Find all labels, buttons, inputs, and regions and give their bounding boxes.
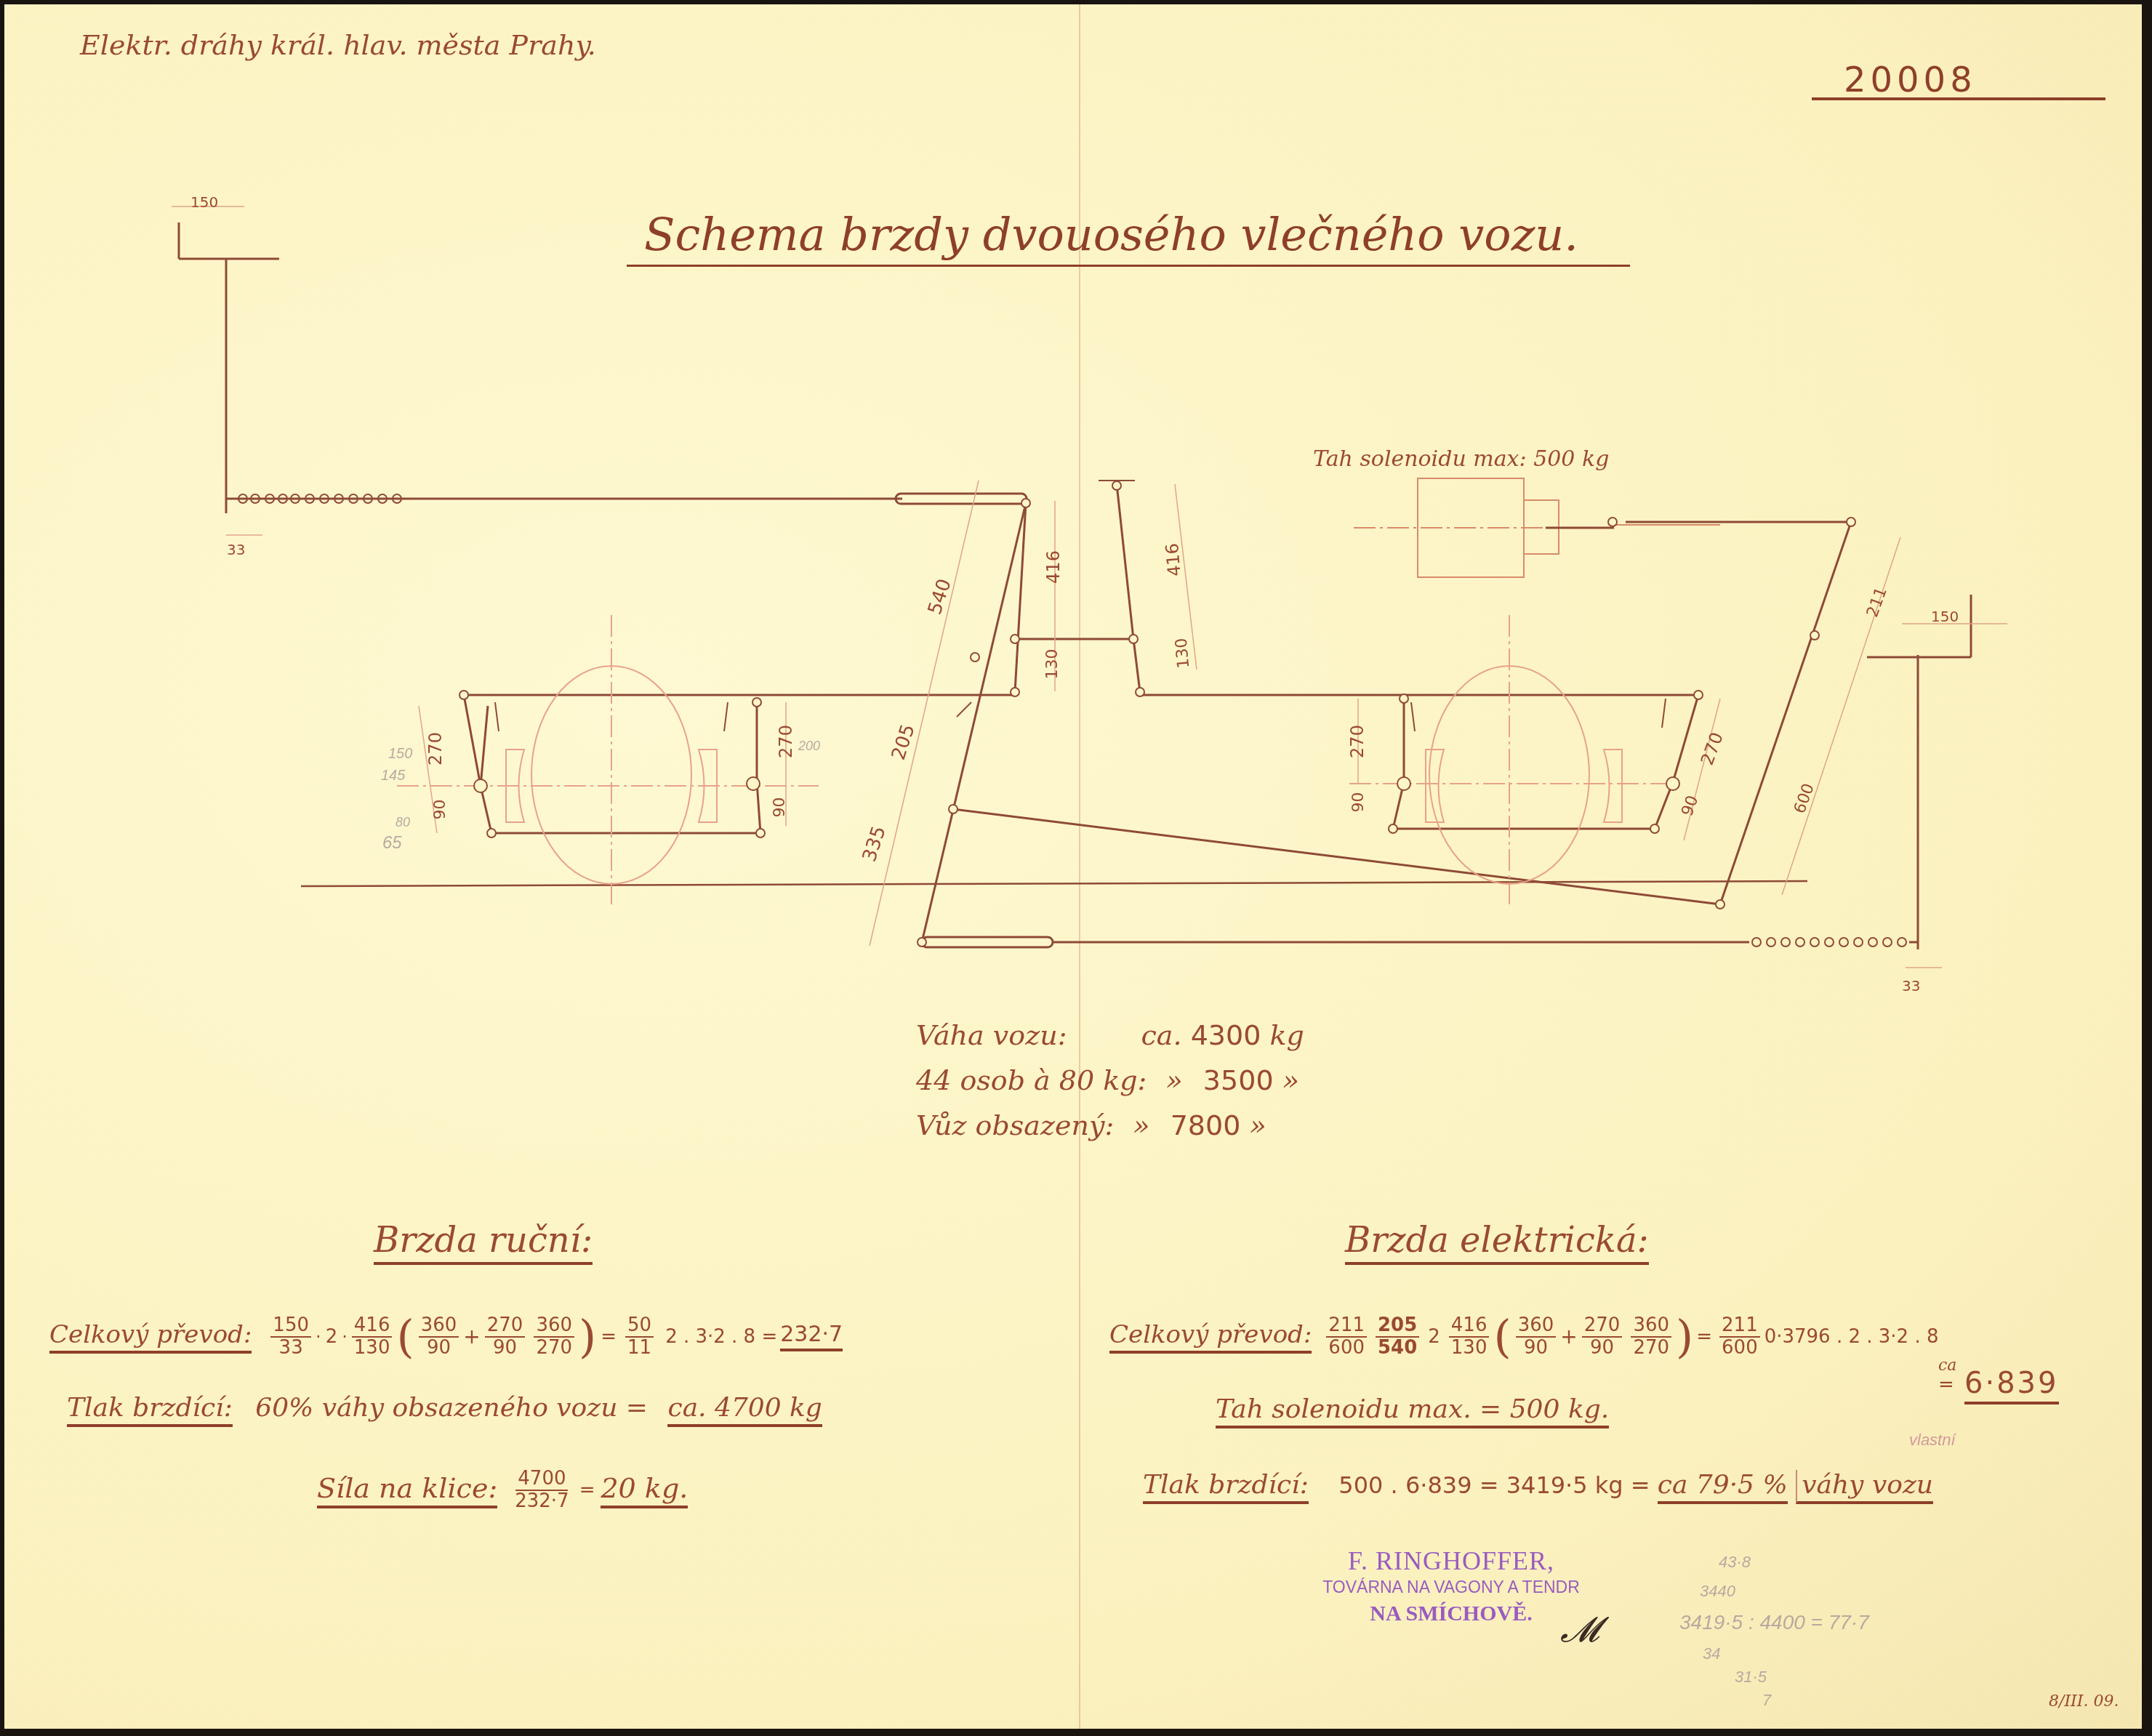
pencil-calc-d: 34 xyxy=(1703,1644,1720,1663)
pencil-calc-f: 7 xyxy=(1762,1691,1771,1710)
weight-sep: » xyxy=(1133,1109,1149,1141)
main-lever xyxy=(922,503,1026,942)
solenoid-label: Tah solenoidu max: 500 kg xyxy=(1313,446,1609,472)
factor: 2 xyxy=(1428,1326,1440,1348)
weight-unit: » xyxy=(1249,1109,1266,1141)
fraction: 36090 xyxy=(1516,1315,1557,1358)
fraction: 205540 xyxy=(1376,1315,1419,1358)
hand-brake-ratio-row: Celkový převod: 15033 · 2 · 416130 ( 360… xyxy=(49,1310,843,1363)
stamp-line-1: F. RINGHOFFER, xyxy=(1284,1546,1618,1576)
electric-pressure-label: Tlak brzdící: xyxy=(1143,1470,1309,1504)
signature: 𝓜 xyxy=(1560,1610,1599,1651)
hand-ratio-label: Celkový převod: xyxy=(49,1320,252,1354)
dim-lever-416-left: 416 xyxy=(1043,550,1064,584)
brake-linkage-diagram xyxy=(4,4,2142,1022)
hand-pressure-text: 60% váhy obsazeného vozu = xyxy=(255,1393,648,1423)
electric-brake-heading: Brzda elektrická: xyxy=(1345,1220,1649,1265)
weights-block: Váha vozu: ca. 4300 kg 44 osob à 80 kg: … xyxy=(916,1019,1304,1154)
weight-row: Váha vozu: ca. 4300 kg xyxy=(916,1019,1304,1064)
dim-lever-416-right: 416 xyxy=(1162,542,1185,577)
dim-left-chain-offset: 33 xyxy=(227,541,245,558)
weight-sep: » xyxy=(1166,1064,1183,1096)
hand-brake-force-row: Síla na klice: 4700232·7 = 20 kg. xyxy=(317,1468,688,1511)
dim-wheel2-left-270: 270 xyxy=(1347,725,1368,758)
drawing-date: 8/III. 09. xyxy=(2049,1692,2119,1711)
pencil-note-145: 145 xyxy=(381,768,405,784)
pencil-note-200: 200 xyxy=(798,739,820,754)
weight-unit: kg xyxy=(1270,1019,1304,1051)
hand-brake-heading: Brzda ruční: xyxy=(374,1220,593,1265)
fraction: 27090 xyxy=(1582,1315,1623,1358)
fraction: 211600 xyxy=(1719,1315,1760,1358)
fraction: 27090 xyxy=(485,1315,526,1358)
pencil-note-150: 150 xyxy=(388,746,412,763)
weight-sep: ca. xyxy=(1141,1019,1182,1051)
fraction: 416130 xyxy=(352,1315,393,1358)
dim-lever-130-right: 130 xyxy=(1173,637,1194,669)
electric-pressure-tail: váhy vozu xyxy=(1796,1470,1933,1504)
hand-force-value: 20 kg. xyxy=(601,1472,688,1508)
weight-label: Vůz obsazený: xyxy=(916,1109,1114,1141)
fraction: 360270 xyxy=(534,1315,574,1358)
dim-lever-130-left: 130 xyxy=(1043,649,1061,680)
electric-ratio-ca: ca xyxy=(1938,1357,1956,1375)
pencil-calc-e: 31·5 xyxy=(1735,1668,1767,1687)
hand-pressure-label: Tlak brzdící: xyxy=(67,1393,233,1427)
weight-value: 3500 xyxy=(1203,1064,1274,1096)
electric-brake-ratio-row: Celkový převod: 211600 205540 2 416130 (… xyxy=(1109,1310,1938,1363)
solenoid-lever xyxy=(1720,522,1851,904)
pencil-calc-c: 3419·5 : 4400 = 77·7 xyxy=(1679,1611,1869,1634)
electric-ratio-result: 6·839 xyxy=(1964,1367,2059,1405)
weight-value: 7800 xyxy=(1171,1109,1241,1141)
fraction: 5011 xyxy=(625,1315,654,1358)
pencil-insert: vlastní xyxy=(1909,1431,1956,1450)
electric-solenoid-row: Tah solenoidu max. = 500 kg. xyxy=(1216,1394,1609,1428)
dim-wheel1-right-270: 270 xyxy=(776,725,796,758)
stamp-line-2: TOVÁRNA NA VAGONY A TENDR xyxy=(1284,1578,1618,1597)
dim-wheel1-left-270: 270 xyxy=(425,732,446,765)
pencil-note-65: 65 xyxy=(382,833,402,853)
fixed-anchor-hatching xyxy=(495,481,1666,731)
fraction: 4700232·7 xyxy=(515,1468,569,1511)
weight-unit: » xyxy=(1282,1064,1299,1096)
pencil-calc-a: 43·8 xyxy=(1719,1553,1751,1572)
dim-right-chain-offset: 33 xyxy=(1902,977,1920,994)
weight-label: 44 osob à 80 kg: xyxy=(916,1064,1147,1096)
hand-brake-pressure-row: Tlak brzdící: 60% váhy obsazeného vozu =… xyxy=(67,1393,822,1423)
ratio-rest: 2 . 3·2 . 8 = xyxy=(665,1326,777,1348)
hand-force-label: Síla na klice: xyxy=(317,1472,497,1508)
weight-value: 4300 xyxy=(1191,1019,1261,1051)
solenoid xyxy=(1354,478,1559,577)
hand-pressure-value: ca. 4700 kg xyxy=(667,1393,822,1427)
electric-ratio-label: Celkový převod: xyxy=(1109,1320,1312,1354)
ratio-rest: 0·3796 . 2 . 3·2 . 8 xyxy=(1764,1326,1939,1348)
weight-label: Váha vozu: xyxy=(916,1019,1067,1051)
right-chain xyxy=(1752,938,1906,947)
pencil-calc-b: 3440 xyxy=(1700,1582,1735,1601)
dim-wheel2-left-90: 90 xyxy=(1349,792,1368,813)
hand-ratio-result: 232·7 xyxy=(780,1322,843,1351)
electric-pressure-value: ca 79·5 % xyxy=(1658,1470,1788,1504)
dim-wheel1-right-90: 90 xyxy=(771,797,789,818)
dim-right-handle-width: 150 xyxy=(1931,608,1959,625)
fraction: 211600 xyxy=(1326,1315,1367,1358)
electric-pressure-row: Tlak brzdící: 500 . 6·839 = 3419·5 kg = … xyxy=(1143,1470,1933,1500)
fraction: 15033 xyxy=(270,1315,311,1358)
factor: 2 xyxy=(326,1326,338,1348)
dim-left-handle-width: 150 xyxy=(190,193,218,211)
dim-wheel1-left-90: 90 xyxy=(431,800,449,820)
weight-row: 44 osob à 80 kg: » 3500 » xyxy=(916,1064,1304,1109)
pencil-note-80: 80 xyxy=(396,815,410,830)
weight-row: Vůz obsazený: » 7800 » xyxy=(916,1109,1304,1154)
fraction: 360270 xyxy=(1631,1315,1671,1358)
fraction: 36090 xyxy=(419,1315,459,1358)
electric-pressure-calc: 500 . 6·839 = 3419·5 kg = xyxy=(1338,1471,1658,1499)
fraction: 416130 xyxy=(1449,1315,1490,1358)
rail-line xyxy=(301,881,1807,886)
drawing-sheet: Elektr. dráhy král. hlav. města Prahy. 2… xyxy=(4,4,2142,1729)
